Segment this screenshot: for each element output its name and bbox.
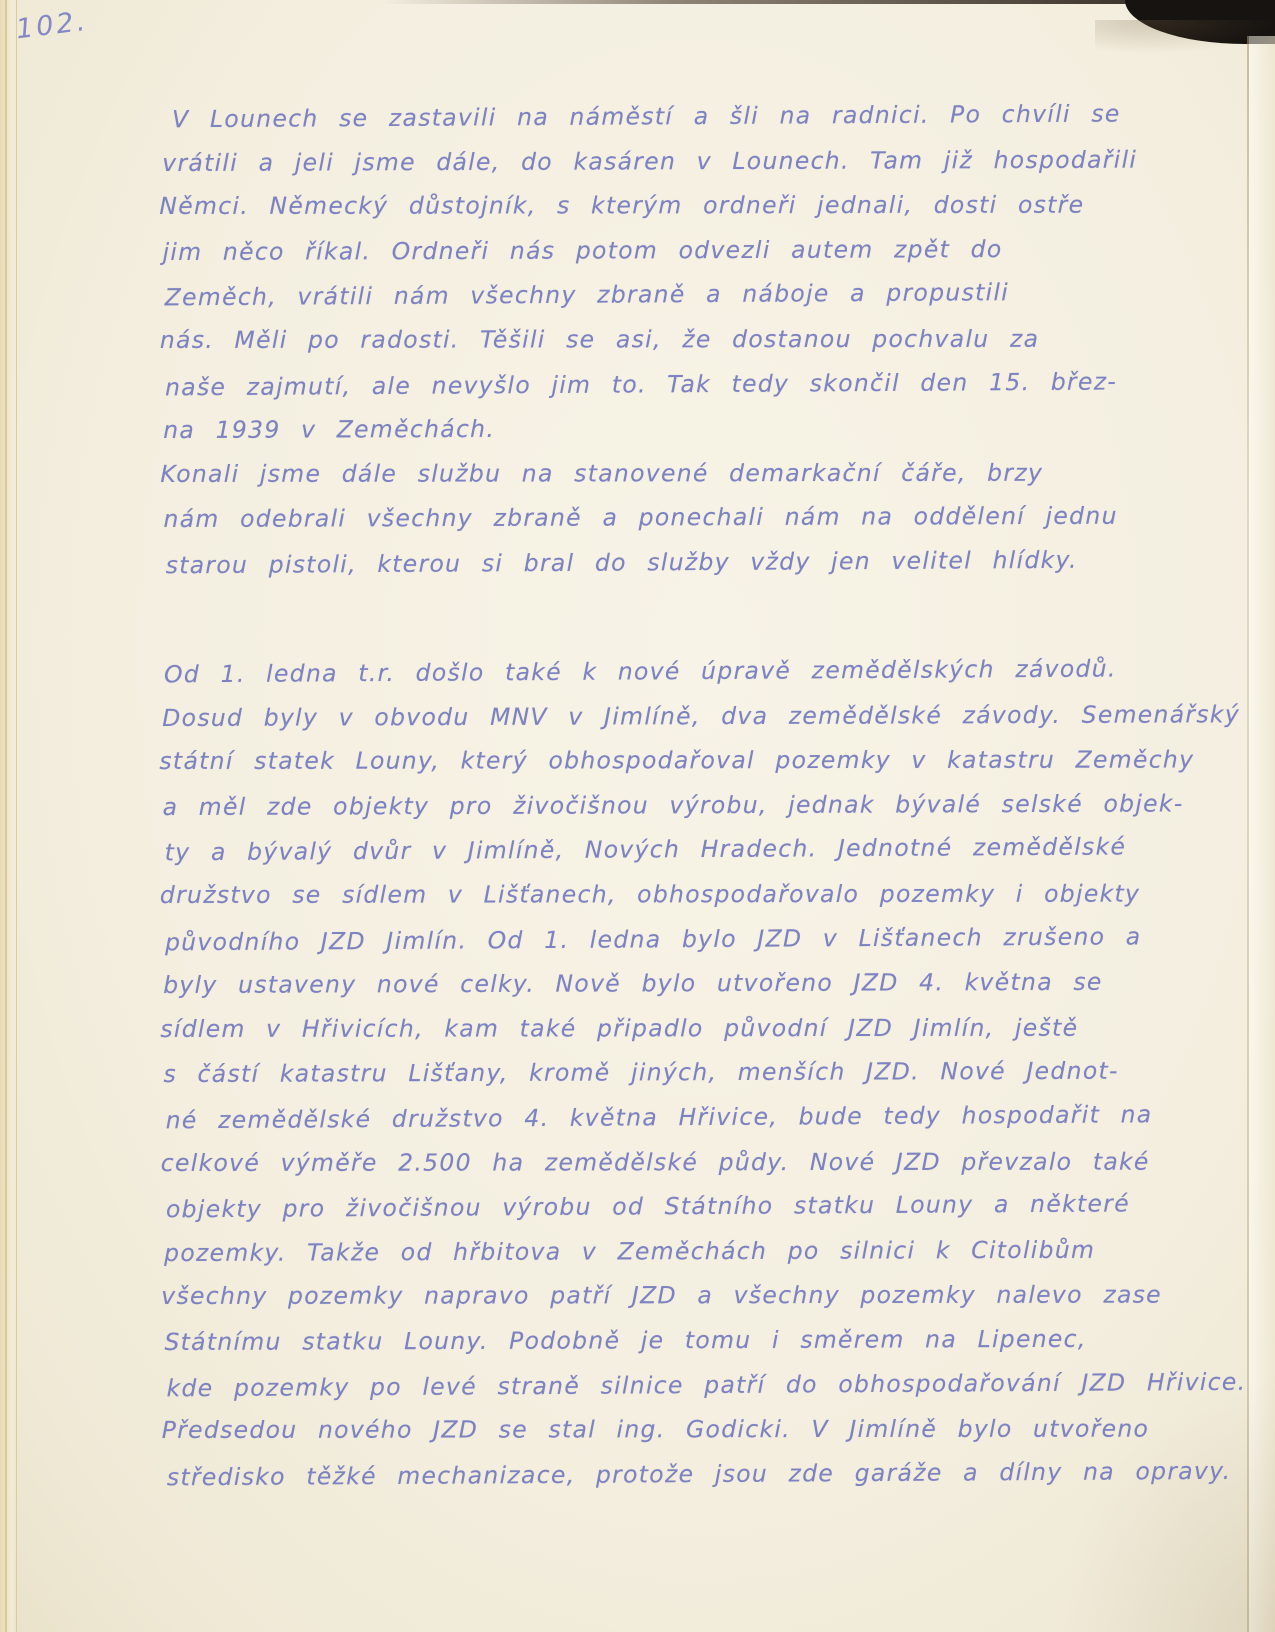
handwritten-line: státní statek Louny, který obhospodařova… bbox=[159, 737, 1169, 783]
handwritten-text-block: V Lounech se zastavili na náměstí a šli … bbox=[162, 96, 1172, 1498]
page-gutter-edge bbox=[0, 0, 17, 1632]
handwritten-line: né zemědělské družstvo 4. května Hřivice… bbox=[166, 1092, 1176, 1143]
binding-top-edge bbox=[380, 0, 1215, 4]
handwritten-line: Předsedou nového JZD se stal ing. Godick… bbox=[162, 1406, 1172, 1452]
paragraph: Od 1. ledna t.r. došlo také k nové úprav… bbox=[162, 647, 1175, 1498]
handwritten-line: s částí katastru Lišťany, kromě jiných, … bbox=[163, 1048, 1173, 1096]
handwritten-line: Od 1. ledna t.r. došlo také k nové úprav… bbox=[164, 646, 1174, 697]
handwritten-line: družstvo se sídlem v Lišťanech, obhospod… bbox=[160, 871, 1170, 917]
handwritten-line: byly ustaveny nové celky. Nově bylo utvo… bbox=[163, 959, 1173, 1007]
paragraph: V Lounech se zastavili na náměstí a šli … bbox=[162, 92, 1174, 586]
handwritten-line: objekty pro živočišnou výrobu od Státníh… bbox=[166, 1181, 1176, 1232]
handwritten-line: nám odebrali všechny zbraně a ponechali … bbox=[163, 494, 1173, 542]
handwritten-line: jim něco říkal. Ordneři nás potom odvezl… bbox=[162, 226, 1172, 274]
page-number: 102. bbox=[14, 6, 89, 46]
handwritten-line: pozemky. Takže od hřbitova v Zeměchách p… bbox=[164, 1227, 1174, 1275]
handwritten-line: V Lounech se zastavili na náměstí a šli … bbox=[164, 91, 1174, 142]
handwritten-line: starou pistoli, kterou si bral do služby… bbox=[166, 537, 1176, 588]
handwritten-line: sídlem v Hřivicích, kam také připadlo pů… bbox=[160, 1005, 1170, 1051]
handwritten-line: středisko těžké mechanizace, protože jso… bbox=[167, 1448, 1177, 1499]
handwritten-line: nás. Měli po radosti. Těšili se asi, že … bbox=[160, 317, 1170, 363]
handwritten-line: kde pozemky po levé straně silnice patří… bbox=[166, 1359, 1176, 1410]
handwritten-line: Státnímu statku Louny. Podobně je tomu i… bbox=[164, 1316, 1174, 1364]
handwritten-line: ty a bývalý dvůr v Jimlíně, Nových Hrade… bbox=[165, 824, 1175, 875]
handwritten-line: všechny pozemky napravo patří JZD a všec… bbox=[161, 1272, 1171, 1318]
handwritten-line: vrátili a jeli jsme dále, do kasáren v L… bbox=[162, 137, 1172, 185]
handwritten-line: Zeměch, vrátili nám všechny zbraně a náb… bbox=[165, 270, 1175, 321]
handwritten-line: a měl zde objekty pro živočišnou výrobu,… bbox=[162, 781, 1172, 829]
handwritten-line: celkové výměře 2.500 ha zemědělské půdy.… bbox=[161, 1139, 1171, 1185]
chronicle-page: 102. V Lounech se zastavili na náměstí a… bbox=[0, 0, 1275, 1632]
handwritten-line: naše zajmutí, ale nevyšlo jim to. Tak te… bbox=[165, 359, 1175, 410]
handwritten-line: Němci. Německý důstojník, s kterým ordne… bbox=[159, 183, 1169, 229]
handwritten-line: Dosud byly v obvodu MNV v Jimlíně, dva z… bbox=[162, 692, 1172, 740]
handwritten-line: původního JZD Jimlín. Od 1. ledna bylo J… bbox=[165, 913, 1175, 964]
handwritten-line: Konali jsme dále službu na stanovené dem… bbox=[160, 450, 1170, 496]
handwritten-line: na 1939 v Zeměchách. bbox=[163, 405, 1173, 453]
